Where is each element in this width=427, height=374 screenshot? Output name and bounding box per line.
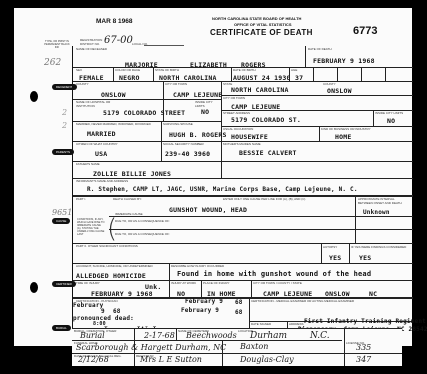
attended-to: February 9 — [185, 298, 223, 305]
divider — [72, 340, 342, 341]
pod-inside-city: NO — [201, 108, 209, 116]
burial-date: 2-17-68 — [144, 331, 175, 340]
dob-label: DATE OF BIRTH — [233, 68, 256, 72]
tab-burial: BURIAL — [52, 325, 71, 331]
mother-label: MOTHER'S MAIDEN NAME — [223, 142, 261, 146]
divider — [153, 67, 154, 81]
divider — [113, 67, 114, 81]
time-label: TIME OF INJURY — [76, 281, 100, 285]
deputy: Douglas-Clay — [240, 355, 294, 364]
margin-note: 262 — [44, 58, 61, 68]
ssn-label: SOCIAL SECURITY NUMBER — [163, 142, 204, 146]
manner-label: ACCIDENT, SUICIDE, HOMICIDE, OR UNDETERM… — [76, 264, 153, 268]
divider — [73, 81, 413, 82]
death-caused-by-label: DEATH CAUSED BY: — [113, 197, 142, 201]
certificate-form: NAME OF DECEASED MARJORIE ELIZABETH ROGE… — [72, 46, 413, 344]
res-inside-city-label: INSIDE CITY LIMITS — [375, 111, 403, 115]
divider — [221, 141, 222, 178]
pod-county: ONSLOW — [101, 91, 126, 99]
margin-note: 2 — [62, 108, 67, 117]
certificate-number: 6773 — [353, 25, 377, 37]
enter-one-label: ENTER ONLY ONE CAUSE PER LINE FOR (a), (… — [223, 197, 305, 201]
due-to-b-label: DUE TO, OR AS A CONSEQUENCE OF: — [115, 219, 170, 223]
divider — [321, 243, 322, 263]
informant: R. Stephen, CAMP LT, JAGC, USNR, Marine … — [87, 186, 358, 193]
margin-note: 9651 — [52, 208, 72, 217]
birthplace-label: STATE OF BIRTH — [155, 68, 179, 72]
hospital: 5179 COLORADO STREET — [103, 109, 185, 117]
certifier-address-line1: First Infantry Training Regiment — [304, 318, 426, 325]
last-seen-year: 68 — [235, 309, 243, 316]
divider — [109, 229, 413, 230]
res-street-label: STREET ADDRESS — [223, 111, 250, 115]
how-injury-occurred: Found in home with gunshot wound of the … — [177, 270, 371, 278]
date-of-death: FEBRUARY 9 1968 — [313, 57, 375, 65]
attended-from-day: 9 — [101, 308, 105, 315]
funeral-home: Scarborough & Hargett Durham, NC — [76, 343, 226, 352]
deputy-number: 347 — [356, 355, 371, 364]
immediate-cause: GUNSHOT WOUND, HEAD — [169, 206, 247, 214]
left-margin: TYPE, OR PRINT IN PERMANENT BLACK INK 26… — [14, 8, 74, 346]
divider — [305, 46, 306, 67]
name-label: NAME OF DECEASED — [76, 47, 107, 51]
res-inside-city: NO — [387, 117, 395, 125]
autopsy: YES — [329, 254, 341, 262]
divider — [201, 280, 202, 297]
age-label: AGE — [291, 68, 297, 72]
sex-label: SEX — [76, 68, 82, 72]
certificate-title: CERTIFICATE OF DEATH — [210, 28, 313, 37]
divider — [72, 353, 402, 354]
divider — [361, 67, 362, 81]
part1-label: PART I. — [76, 197, 86, 201]
spouse: HUGH B. ROGERS — [169, 131, 227, 139]
race-label: COLOR OR RACE — [115, 68, 140, 72]
registration-district-value: 67-00 — [104, 35, 133, 46]
father-name: ZOLLIE BILLIE JONES — [93, 170, 171, 178]
part2-label: PART II. OTHER SIGNIFICANT CONDITIONS — [76, 244, 138, 248]
business-label: KIND OF BUSINESS OR INDUSTRY — [321, 127, 371, 131]
res-county-label: COUNTY — [323, 82, 336, 86]
pod-city: CAMP LEJEUNE — [173, 91, 222, 99]
attended-to-year: 68 — [235, 299, 243, 306]
margin-note: 2 — [62, 121, 67, 130]
disposition: Burial — [80, 331, 105, 340]
citizen-label: CITIZEN OF WHAT COUNTRY — [76, 142, 118, 146]
father-label: FATHER'S NAME — [76, 162, 100, 166]
marital-label: MARRIED, NEVER MARRIED, WIDOWED, DIVORCE… — [76, 122, 151, 126]
me-label: CERTIFICATION - MEDICAL EXAMINER OR ACTI… — [251, 299, 354, 303]
divider — [289, 67, 290, 81]
agency-line-2: OFFICE OF VITAL STATISTICS — [234, 22, 291, 27]
injury-location-label: CITY OR TOWN / COUNTY / STATE — [253, 281, 302, 285]
at-work-label: INJURY AT WORK — [171, 281, 196, 285]
divider — [349, 243, 350, 263]
due-to-c-label: DUE TO, OR AS A CONSEQUENCE OF: — [115, 232, 170, 236]
agency-line-1: NORTH CAROLINA STATE BOARD OF HEALTH — [212, 16, 301, 21]
attended-from: February — [73, 302, 104, 309]
citizen: USA — [95, 150, 107, 158]
marital-status: MARRIED — [87, 130, 116, 138]
attended-from-year: 68 — [113, 308, 121, 315]
date-received: 2/12/68 — [78, 355, 109, 364]
date-signed-label: DATE SIGNED — [251, 322, 271, 326]
occupation-label: USUAL OCCUPATION — [223, 127, 253, 131]
divider — [344, 328, 345, 366]
conditions-label: CONDITIONS, IF ANY, WHICH GAVE RISE TO I… — [77, 218, 105, 236]
divider — [73, 280, 413, 281]
divider — [221, 95, 413, 96]
divider — [355, 195, 356, 243]
divider — [373, 110, 374, 126]
manner: ALLEDGED HOMICIDE — [76, 272, 146, 280]
divider — [319, 126, 320, 141]
autopsy-label: AUTOPSY — [323, 245, 337, 249]
divider — [73, 297, 413, 299]
divider — [313, 67, 314, 81]
findings: YES — [359, 254, 371, 262]
registrar: Mrs L E Sutton — [140, 355, 202, 364]
funeral-director: Baxton — [240, 342, 268, 351]
pod-city-label: CITY OR TOWN — [165, 82, 187, 86]
tab-parents: PARENTS — [52, 149, 74, 155]
pod-inside-city-label: INSIDE CITY LIMITS — [195, 100, 219, 108]
occupation: HOUSEWIFE — [231, 133, 268, 141]
punch-hole — [30, 282, 38, 293]
cemetery: Beechwoods — [186, 331, 237, 340]
divider — [231, 67, 232, 81]
mother-name: BESSIE CALVERT — [239, 149, 297, 157]
pod-county-label: COUNTY — [76, 82, 89, 86]
last-seen: February 9 — [181, 307, 219, 314]
interval-label: APPROXIMATE INTERVAL BETWEEN ONSET AND D… — [358, 197, 410, 205]
res-city-label: CITY OR TOWN — [223, 96, 245, 100]
hospital-label: NAME OF HOSPITAL OR INSTITUTION — [76, 100, 126, 108]
burial-section: BURIAL, CREMATION, OTHER Burial 2-17-68 … — [72, 328, 402, 366]
res-county: ONSLOW — [327, 87, 352, 95]
divider — [337, 67, 338, 81]
spouse-label: SURVIVING SPOUSE — [163, 122, 193, 126]
divider — [72, 328, 402, 329]
place-label: PLACE OF INJURY — [203, 281, 229, 285]
informant-label: INFORMANT'S NAME AND ADDRESS — [76, 179, 128, 183]
ssn: 239-40 3960 — [165, 150, 210, 158]
divider — [176, 328, 177, 340]
divider — [385, 67, 386, 81]
res-state: NORTH CAROLINA — [231, 86, 289, 94]
divider — [109, 216, 413, 217]
license-number: 335 — [356, 343, 371, 352]
date-of-death-label: DATE OF DEATH — [308, 47, 332, 51]
stamp-date: MAR 8 1968 — [96, 18, 133, 25]
divider — [251, 280, 252, 297]
ink-instruction: TYPE, OR PRINT IN PERMANENT BLACK INK — [42, 40, 72, 49]
how-label: DESCRIBE HOW INJURY OCCURRED — [171, 264, 224, 268]
registration-district-label: REGISTRATION DISTRICT NO. — [80, 38, 102, 46]
punch-hole — [30, 91, 38, 102]
interval: Unknown — [363, 209, 390, 216]
business: HOME — [335, 133, 351, 141]
res-street: 5179 COLORADO ST. — [231, 116, 301, 124]
death-certificate-page: TYPE, OR PRINT IN PERMANENT BLACK INK 26… — [14, 8, 412, 346]
divider — [73, 161, 413, 162]
tab-cause: CAUSE — [52, 218, 70, 224]
findings-label: IF YES WERE FINDINGS CONSIDERED — [351, 245, 411, 249]
